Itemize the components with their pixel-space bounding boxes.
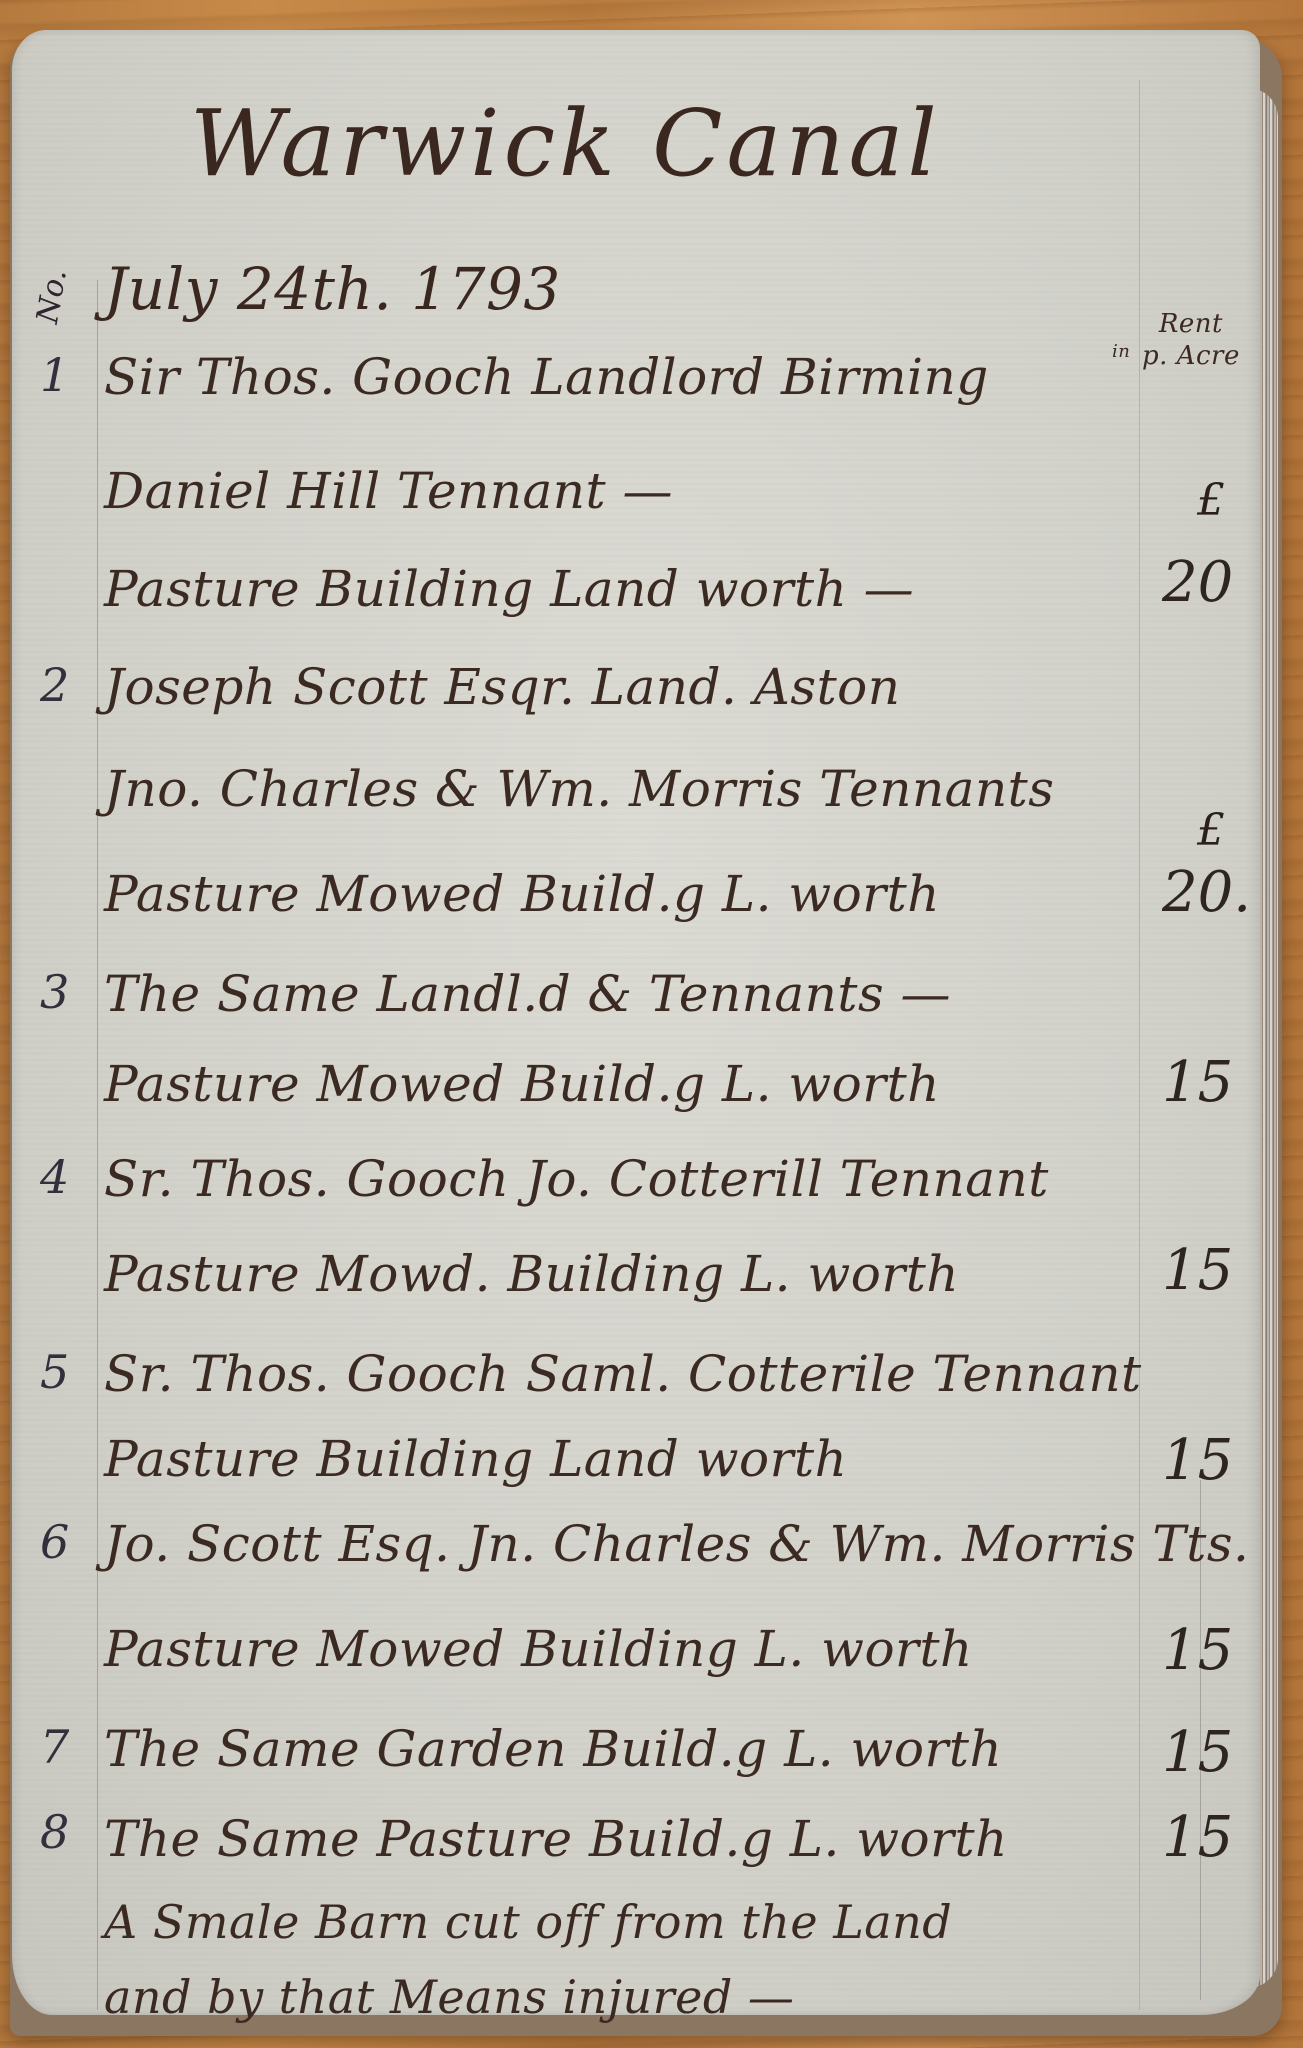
entry-line: Joseph Scott Esqr. Land. Aston xyxy=(104,658,900,716)
note-line: and by that Means injured — xyxy=(104,1970,794,2024)
entry-number: 8 xyxy=(40,1805,69,1859)
rent-label: Rent xyxy=(1142,308,1240,340)
entry-number: 1 xyxy=(40,348,69,402)
entry-line: Pasture Building Land worth xyxy=(104,1430,847,1488)
currency-symbol: £ xyxy=(1197,475,1225,526)
entry-line: Sr. Thos. Gooch Saml. Cotterile Tennant xyxy=(104,1345,1142,1403)
entry-number: 7 xyxy=(40,1720,69,1774)
entry-number: 6 xyxy=(40,1515,69,1569)
left-margin-rule xyxy=(97,280,98,2010)
entry-line: The Same Landl.d & Tennants — xyxy=(104,965,951,1023)
page-title: Warwick Canal xyxy=(190,90,941,197)
entry-line: The Same Garden Build.g L. worth xyxy=(104,1720,1002,1778)
entry-date: July 24th. 1793 xyxy=(104,255,561,323)
entry-line: Pasture Mowed Build.g L. worth xyxy=(104,865,940,923)
entry-line: Pasture Mowed Build.g L. worth xyxy=(104,1055,940,1113)
entry-number: 4 xyxy=(40,1150,69,1204)
rent-value: 15 xyxy=(1162,1050,1233,1115)
number-column-header: No. xyxy=(30,266,74,326)
rent-prefix: in xyxy=(1112,336,1130,368)
rent-value: 20 xyxy=(1162,550,1233,615)
entry-number: 2 xyxy=(40,658,69,712)
entry-line: Pasture Mowd. Building L. worth xyxy=(104,1245,959,1303)
rent-column-header: in Rent p. Acre xyxy=(1142,308,1240,372)
entry-line: Jo. Scott Esq. Jn. Charles & Wm. Morris … xyxy=(104,1515,1249,1573)
entry-line: Pasture Mowed Building L. worth xyxy=(104,1620,973,1678)
currency-symbol: £ xyxy=(1197,805,1225,856)
rent-column-rule xyxy=(1139,80,1140,2010)
entry-number: 5 xyxy=(40,1345,69,1399)
entry-line: Pasture Building Land worth — xyxy=(104,560,914,618)
rent-per-acre-label: p. Acre xyxy=(1142,340,1240,372)
entry-number: 3 xyxy=(40,965,69,1019)
ledger-page: Warwick Canal July 24th. 1793 No. in Ren… xyxy=(12,30,1260,2015)
rent-value: 15 xyxy=(1162,1720,1233,1785)
entry-line: Daniel Hill Tennant — xyxy=(104,462,673,520)
rent-value: 15 xyxy=(1162,1428,1233,1493)
entry-line: Sr. Thos. Gooch Jo. Cotterill Tennant xyxy=(104,1150,1049,1208)
note-line: A Smale Barn cut off from the Land xyxy=(104,1895,952,1949)
entry-line: The Same Pasture Build.g L. worth xyxy=(104,1810,1008,1868)
entry-line: Jno. Charles & Wm. Morris Tennants xyxy=(104,760,1054,818)
rent-value: 15 xyxy=(1162,1238,1233,1303)
rent-value: 20. xyxy=(1162,860,1251,925)
rent-value: 15 xyxy=(1162,1805,1233,1870)
rent-value: 15 xyxy=(1162,1618,1233,1683)
entry-line: Sir Thos. Gooch Landlord Birming xyxy=(104,348,989,406)
